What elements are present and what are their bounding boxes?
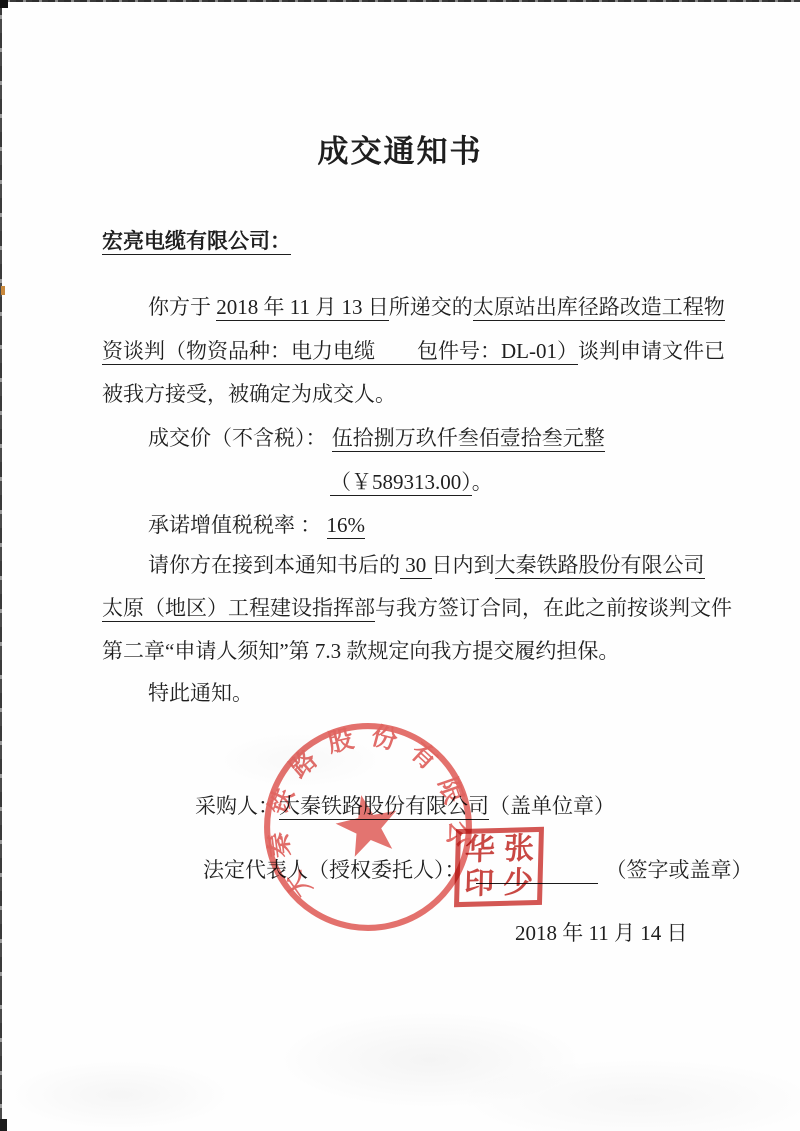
project-name-part1: 太原站出库径路改造工程物 <box>473 295 725 321</box>
purchaser-label: 采购人： <box>195 794 279 818</box>
addressee-line: 宏亮电缆有限公司： <box>102 227 710 255</box>
legal-rep-label: 法定代表人（授权委托人）： <box>203 858 466 882</box>
document-title: 成交通知书 <box>0 126 800 171</box>
scan-artifact-corner <box>0 0 8 8</box>
paragraph2-line3: 第二章“申请人须知”第 7.3 款规定向我方提交履约担保。 <box>102 637 710 665</box>
purchaser-line: 采购人：大秦铁路股份有限公司（盖单位章） <box>195 792 800 820</box>
company-round-seal: 大秦铁路股份有限公司 <box>241 700 495 954</box>
project-name-part2: 资谈判（物资品种：电力电缆 包件号：DL-01） <box>102 339 578 365</box>
addressee-name: 宏亮电缆有限公司： <box>102 229 291 255</box>
company-name-part2: 太原（地区）工程建设指挥部 <box>102 596 375 622</box>
price-amount-numeric: （￥589313.00） <box>330 470 472 496</box>
scan-artifact-speck <box>1 286 5 295</box>
tax-rate-line: 承诺增值税税率 ： 16% <box>102 511 756 539</box>
price-amount-line: （￥589313.00）。 <box>102 468 800 496</box>
price-line: 成交价（不含税）： 伍拾捌万玖仟叁佰壹拾叁元整 <box>102 424 756 452</box>
legal-representative-line: 法定代表人（授权委托人）：（签字或盖章） <box>203 856 800 884</box>
purchaser-suffix: （盖单位章） <box>489 794 615 818</box>
tax-rate-value: 16% <box>327 513 366 539</box>
legal-rep-suffix: （签字或盖章） <box>606 858 753 882</box>
scan-artifact-bottom-corner <box>0 1119 7 1131</box>
paragraph2-line1: 请你方在接到本通知书后的 30 日内到大秦铁路股份有限公司 <box>102 551 756 579</box>
notice-closing: 特此通知。 <box>102 679 756 707</box>
purchaser-name: 大秦铁路股份有限公司 <box>279 794 489 820</box>
price-label: 成交价（不含税）： <box>148 426 332 450</box>
paragraph1-line1: 你方于 2018 年 11 月 13 日所递交的太原站出库径路改造工程物 <box>102 293 756 321</box>
paragraph2-line2: 太原（地区）工程建设指挥部与我方签订合同，在此之前按谈判文件 <box>102 594 710 622</box>
seal-ring <box>248 707 487 946</box>
deadline-days: 30 <box>400 553 432 579</box>
price-amount-chinese: 伍拾捌万玖仟叁佰壹拾叁元整 <box>332 426 605 452</box>
scanned-document-page: 成交通知书 宏亮电缆有限公司： 你方于 2018 年 11 月 13 日所递交的… <box>0 0 800 1131</box>
signature-blank <box>476 863 598 884</box>
scan-artifact-top-edge <box>0 0 800 2</box>
paragraph1-line3: 被我方接受，被确定为成交人。 <box>102 380 710 408</box>
tax-rate-label: 承诺增值税税率 ： <box>148 513 327 537</box>
company-name-part1: 大秦铁路股份有限公司 <box>495 553 705 579</box>
document-date: 2018 年 11 月 14 日 <box>515 919 800 947</box>
submission-date: 2018 年 11 月 13 日 <box>216 295 388 321</box>
paragraph1-line2: 资谈判（物资品种：电力电缆 包件号：DL-01）谈判申请文件已 <box>102 337 710 365</box>
